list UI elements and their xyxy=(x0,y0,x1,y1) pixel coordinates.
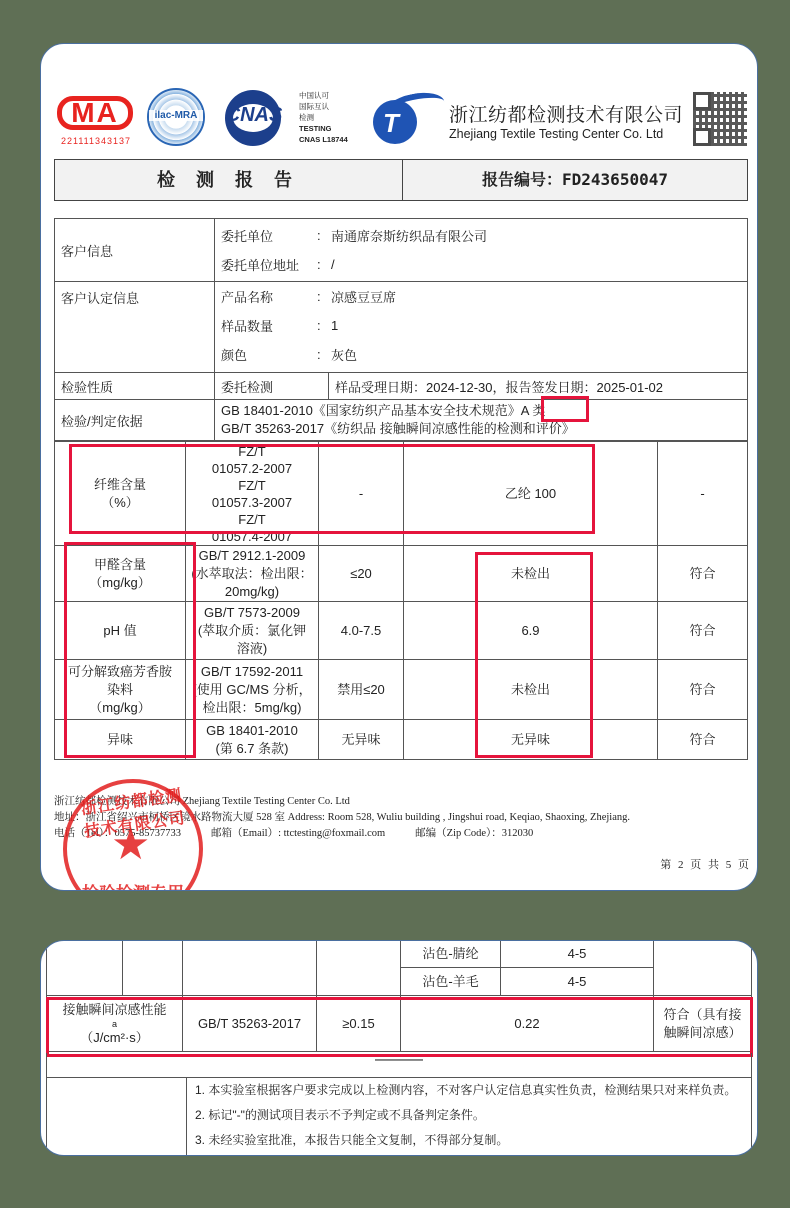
test-verdict: 符合（具有接触瞬间凉感） xyxy=(654,996,752,1052)
separator: ——— xyxy=(46,1053,752,1077)
report-number-label: 报告编号： xyxy=(482,170,562,189)
report-page-2-card: MA 221111343137 ilac-MRA CNAS 中国认可 国际互认 … xyxy=(40,43,758,891)
cnas-info-line: 国际互认 xyxy=(299,101,348,112)
test-requirement: 4.0-7.5 xyxy=(319,602,404,660)
note-item: 3. 未经实验室批准，本报告只能全文复制，不得部分复制。 xyxy=(187,1128,751,1153)
kv-row: 颜色:灰色 xyxy=(221,340,747,369)
field-value: 1 xyxy=(331,318,747,333)
basis-standard-2: GB/T 35263-2017《纺织品 接触瞬间凉感性能的检测和评价》 xyxy=(221,420,747,438)
inspection-dates: 样品受理日期：2024-12-30，报告签发日期：2025-01-02 xyxy=(329,373,748,400)
test-requirement: 无异味 xyxy=(319,720,404,760)
cnas-label: CNAS xyxy=(219,104,289,127)
test-item: 甲醛含量（mg/kg） xyxy=(55,546,186,602)
report-header-bar: 检 测 报 告 报告编号：FD243650047 xyxy=(54,159,748,201)
field-key: 颜色 xyxy=(221,345,317,364)
ilac-label: ilac-MRA xyxy=(149,110,203,121)
test-results-table: 纤维含量（%） FZ/T01057.2-2007FZ/T01057.3-2007… xyxy=(54,441,748,760)
footer-email: 邮箱（Email）: ttctesting@foxmail.com xyxy=(211,828,385,839)
test-method: GB/T 2912.1-2009(水萃取法：检出限：20mg/kg) xyxy=(186,546,319,602)
company-name-cn: 浙江纺都检测技术有限公司 xyxy=(449,100,683,127)
cnas-info-line: 检测 xyxy=(299,112,348,123)
client-declared-label: 客户认定信息 xyxy=(55,282,215,373)
report-number: 报告编号：FD243650047 xyxy=(403,160,747,200)
cma-number: 221111343137 xyxy=(55,136,137,146)
cma-icon: MA xyxy=(57,96,133,130)
basis-label: 检验/判定依据 xyxy=(55,400,215,441)
client-info-table: 客户信息 委托单位:南通席奈斯纺织品有限公司 委托单位地址:/ 客户认定信息 产… xyxy=(54,218,748,441)
notes-label: 备注 xyxy=(47,1078,187,1157)
field-key: 产品名称 xyxy=(221,287,317,306)
table-row: 甲醛含量（mg/kg） GB/T 2912.1-2009(水萃取法：检出限：20… xyxy=(55,546,748,602)
table-row: 客户认定信息 产品名称:凉感豆豆席 样品数量:1 颜色:灰色 xyxy=(55,282,748,373)
test-method: GB/T 17592-2011(使用 GC/MS 分析，检出限：5mg/kg) xyxy=(186,660,319,720)
colorfastness-value: 4-5 xyxy=(501,940,654,968)
star-icon: ★ xyxy=(111,819,150,870)
note-item: 1. 本实验室根据客户要求完成以上检测内容，不对客户认定信息真实性负责，检测结果… xyxy=(187,1078,751,1103)
note-item: 2. 标记"-"的测试项目表示不予判定或不具备判定条件。 xyxy=(187,1103,751,1128)
field-value: 灰色 xyxy=(331,345,747,364)
test-result: 无异味 xyxy=(404,720,658,760)
footer-zip: 邮编（Zip Code）：312030 xyxy=(415,828,533,839)
company-name-en: Zhejiang Textile Testing Center Co. Ltd xyxy=(449,127,663,141)
test-item: pH 值 xyxy=(55,602,186,660)
table-row: 纤维含量（%） FZ/T01057.2-2007FZ/T01057.3-2007… xyxy=(55,442,748,546)
basis-standard-1: GB 18401-2010《国家纺织产品基本安全技术规范》 xyxy=(221,403,521,418)
note-item: 4. 除非客户要求，本报告检测结果及符合性判定不考虑测量结果的不确定度。 xyxy=(187,1153,751,1156)
field-key: 委托单位 xyxy=(221,226,317,245)
report-page-continuation-card: 沾色-腈纶 4-5 沾色-羊毛 4-5 接触瞬间凉感性能 a （J/cm²·s）… xyxy=(40,940,758,1156)
table-row: 备注 1. 本实验室根据客户要求完成以上检测内容，不对客户认定信息真实性负责，检… xyxy=(47,1078,752,1157)
logo-row: MA 221111343137 ilac-MRA CNAS 中国认可 国际互认 … xyxy=(41,44,757,154)
footnote-marker: a xyxy=(47,1019,182,1029)
test-result: 0.22 xyxy=(401,996,654,1052)
qr-code-icon xyxy=(693,92,747,146)
test-result: 未检出 xyxy=(404,660,658,720)
company-logo-icon: T xyxy=(373,92,445,144)
field-value: 凉感豆豆席 xyxy=(331,287,747,306)
stamp-bottom-text: 检验检测专用章 xyxy=(81,879,185,891)
table-row: 沾色-腈纶 4-5 xyxy=(47,940,752,968)
cnas-info-line: CNAS L18744 xyxy=(299,134,348,145)
table-row: 检验/判定依据 GB 18401-2010《国家纺织产品基本安全技术规范》A 类… xyxy=(55,400,748,441)
continuation-table: 沾色-腈纶 4-5 沾色-羊毛 4-5 接触瞬间凉感性能 a （J/cm²·s）… xyxy=(46,940,752,1052)
test-requirement: 禁用≤20 xyxy=(319,660,404,720)
test-item: 接触瞬间凉感性能 a （J/cm²·s） xyxy=(47,996,183,1052)
ilac-mra-icon: ilac-MRA xyxy=(147,88,205,146)
report-title: 检 测 报 告 xyxy=(55,160,403,200)
colorfastness-value: 4-5 xyxy=(501,968,654,996)
test-verdict: 符合 xyxy=(658,720,748,760)
test-result: 未检出 xyxy=(404,546,658,602)
table-row: pH 值 GB/T 7573-2009(萃取介质：氯化钾溶液) 4.0-7.5 … xyxy=(55,602,748,660)
table-row: 可分解致癌芳香胺染料（mg/kg） GB/T 17592-2011(使用 GC/… xyxy=(55,660,748,720)
colorfastness-label: 沾色-羊毛 xyxy=(401,968,501,996)
test-item: 纤维含量（%） xyxy=(55,442,186,546)
kv-row: 样品数量:1 xyxy=(221,311,747,340)
test-result: 6.9 xyxy=(404,602,658,660)
table-row: 接触瞬间凉感性能 a （J/cm²·s） GB/T 35263-2017 ≥0.… xyxy=(47,996,752,1052)
cma-logo: MA 221111343137 xyxy=(55,96,137,152)
kv-row: 委托单位地址:/ xyxy=(221,250,747,279)
test-item: 可分解致癌芳香胺染料（mg/kg） xyxy=(55,660,186,720)
inspection-type-value: 委托检测 xyxy=(215,373,329,400)
test-requirement: ≥0.15 xyxy=(317,996,401,1052)
table-row: 异味 GB 18401-2010(第 6.7 条款) 无异味 无异味 符合 xyxy=(55,720,748,760)
test-item: 异味 xyxy=(55,720,186,760)
field-value: / xyxy=(331,257,747,272)
test-method: GB 18401-2010(第 6.7 条款) xyxy=(186,720,319,760)
kv-row: 委托单位:南通席奈斯纺织品有限公司 xyxy=(221,221,747,250)
client-info-label: 客户信息 xyxy=(55,219,215,282)
report-number-value: FD243650047 xyxy=(562,170,668,189)
cnas-info-line: 中国认可 xyxy=(299,90,348,101)
official-seal-stamp: 浙江纺都检测技术有限公司 ★ 检验检测专用章 xyxy=(63,779,203,891)
basis-line-1: GB 18401-2010《国家纺织产品基本安全技术规范》A 类 xyxy=(221,402,747,420)
field-key: 样品数量 xyxy=(221,316,317,335)
test-method: GB/T 35263-2017 xyxy=(183,996,317,1052)
colorfastness-label: 沾色-腈纶 xyxy=(401,940,501,968)
page-number: 第 2 页 共 5 页 xyxy=(660,856,751,872)
test-requirement: - xyxy=(319,442,404,546)
cnas-accreditation-text: 中国认可 国际互认 检测 TESTING CNAS L18744 xyxy=(299,90,348,145)
basis-class: A 类 xyxy=(521,403,546,418)
test-requirement: ≤20 xyxy=(319,546,404,602)
test-method: FZ/T01057.2-2007FZ/T01057.3-2007FZ/T0105… xyxy=(186,442,319,546)
cnas-info-line: TESTING xyxy=(299,123,348,134)
test-verdict: 符合 xyxy=(658,546,748,602)
kv-row: 产品名称:凉感豆豆席 xyxy=(221,282,747,311)
inspection-type-label: 检验性质 xyxy=(55,373,215,400)
test-method: GB/T 7573-2009(萃取介质：氯化钾溶液) xyxy=(186,602,319,660)
notes-table: 备注 1. 本实验室根据客户要求完成以上检测内容，不对客户认定信息真实性负责，检… xyxy=(46,1077,752,1156)
table-row: 客户信息 委托单位:南通席奈斯纺织品有限公司 委托单位地址:/ xyxy=(55,219,748,282)
table-row: 检验性质 委托检测 样品受理日期：2024-12-30，报告签发日期：2025-… xyxy=(55,373,748,400)
test-verdict: 符合 xyxy=(658,660,748,720)
test-result: 乙纶 100 xyxy=(404,442,658,546)
field-value: 南通席奈斯纺织品有限公司 xyxy=(331,226,747,245)
test-verdict: - xyxy=(658,442,748,546)
field-key: 委托单位地址 xyxy=(221,255,317,274)
test-verdict: 符合 xyxy=(658,602,748,660)
cnas-logo: CNAS xyxy=(219,90,289,146)
